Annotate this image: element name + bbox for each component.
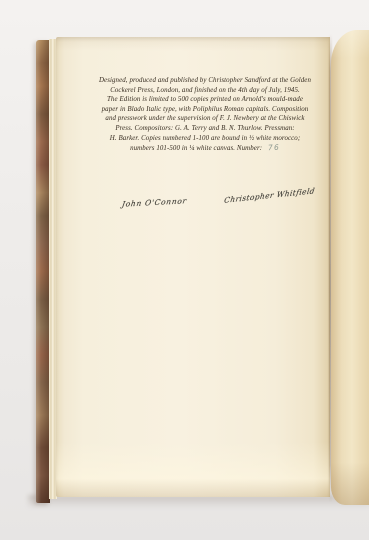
- colophon-last-line-printed: numbers 101-500 in ¼ white canvas. Numbe…: [130, 145, 262, 152]
- signature-christopher-whitfield: Christopher Whitfield: [224, 186, 316, 205]
- colophon-last-line: numbers 101-500 in ¼ white canvas. Numbe…: [98, 143, 312, 154]
- colophon-line: Press. Compositors: G. A. Terry and B. N…: [98, 124, 312, 134]
- colophon-line: and presswork under the supervision of F…: [98, 114, 312, 124]
- colophon-line: Cockerel Press, London, and finished on …: [98, 86, 312, 96]
- handwritten-copy-number: 76: [268, 143, 280, 153]
- book-shadow: [28, 495, 369, 513]
- colophon-line: paper in Blado Italic type, with Poliphi…: [98, 105, 312, 115]
- marbled-board-edge: [36, 40, 50, 503]
- colophon-line: The Edition is limited to 500 copies pri…: [98, 95, 312, 105]
- colophon-line: Designed, produced and published by Chri…: [98, 76, 312, 86]
- book-photograph: Designed, produced and published by Chri…: [0, 0, 369, 540]
- colophon-text-block: Designed, produced and published by Chri…: [98, 76, 312, 154]
- colophon-page: Designed, produced and published by Chri…: [56, 37, 330, 497]
- facing-page-curled: [331, 30, 369, 505]
- signature-john-oconnor: John O'Connor: [121, 196, 187, 208]
- colophon-line: H. Barker. Copies numbered 1-100 are bou…: [98, 134, 312, 144]
